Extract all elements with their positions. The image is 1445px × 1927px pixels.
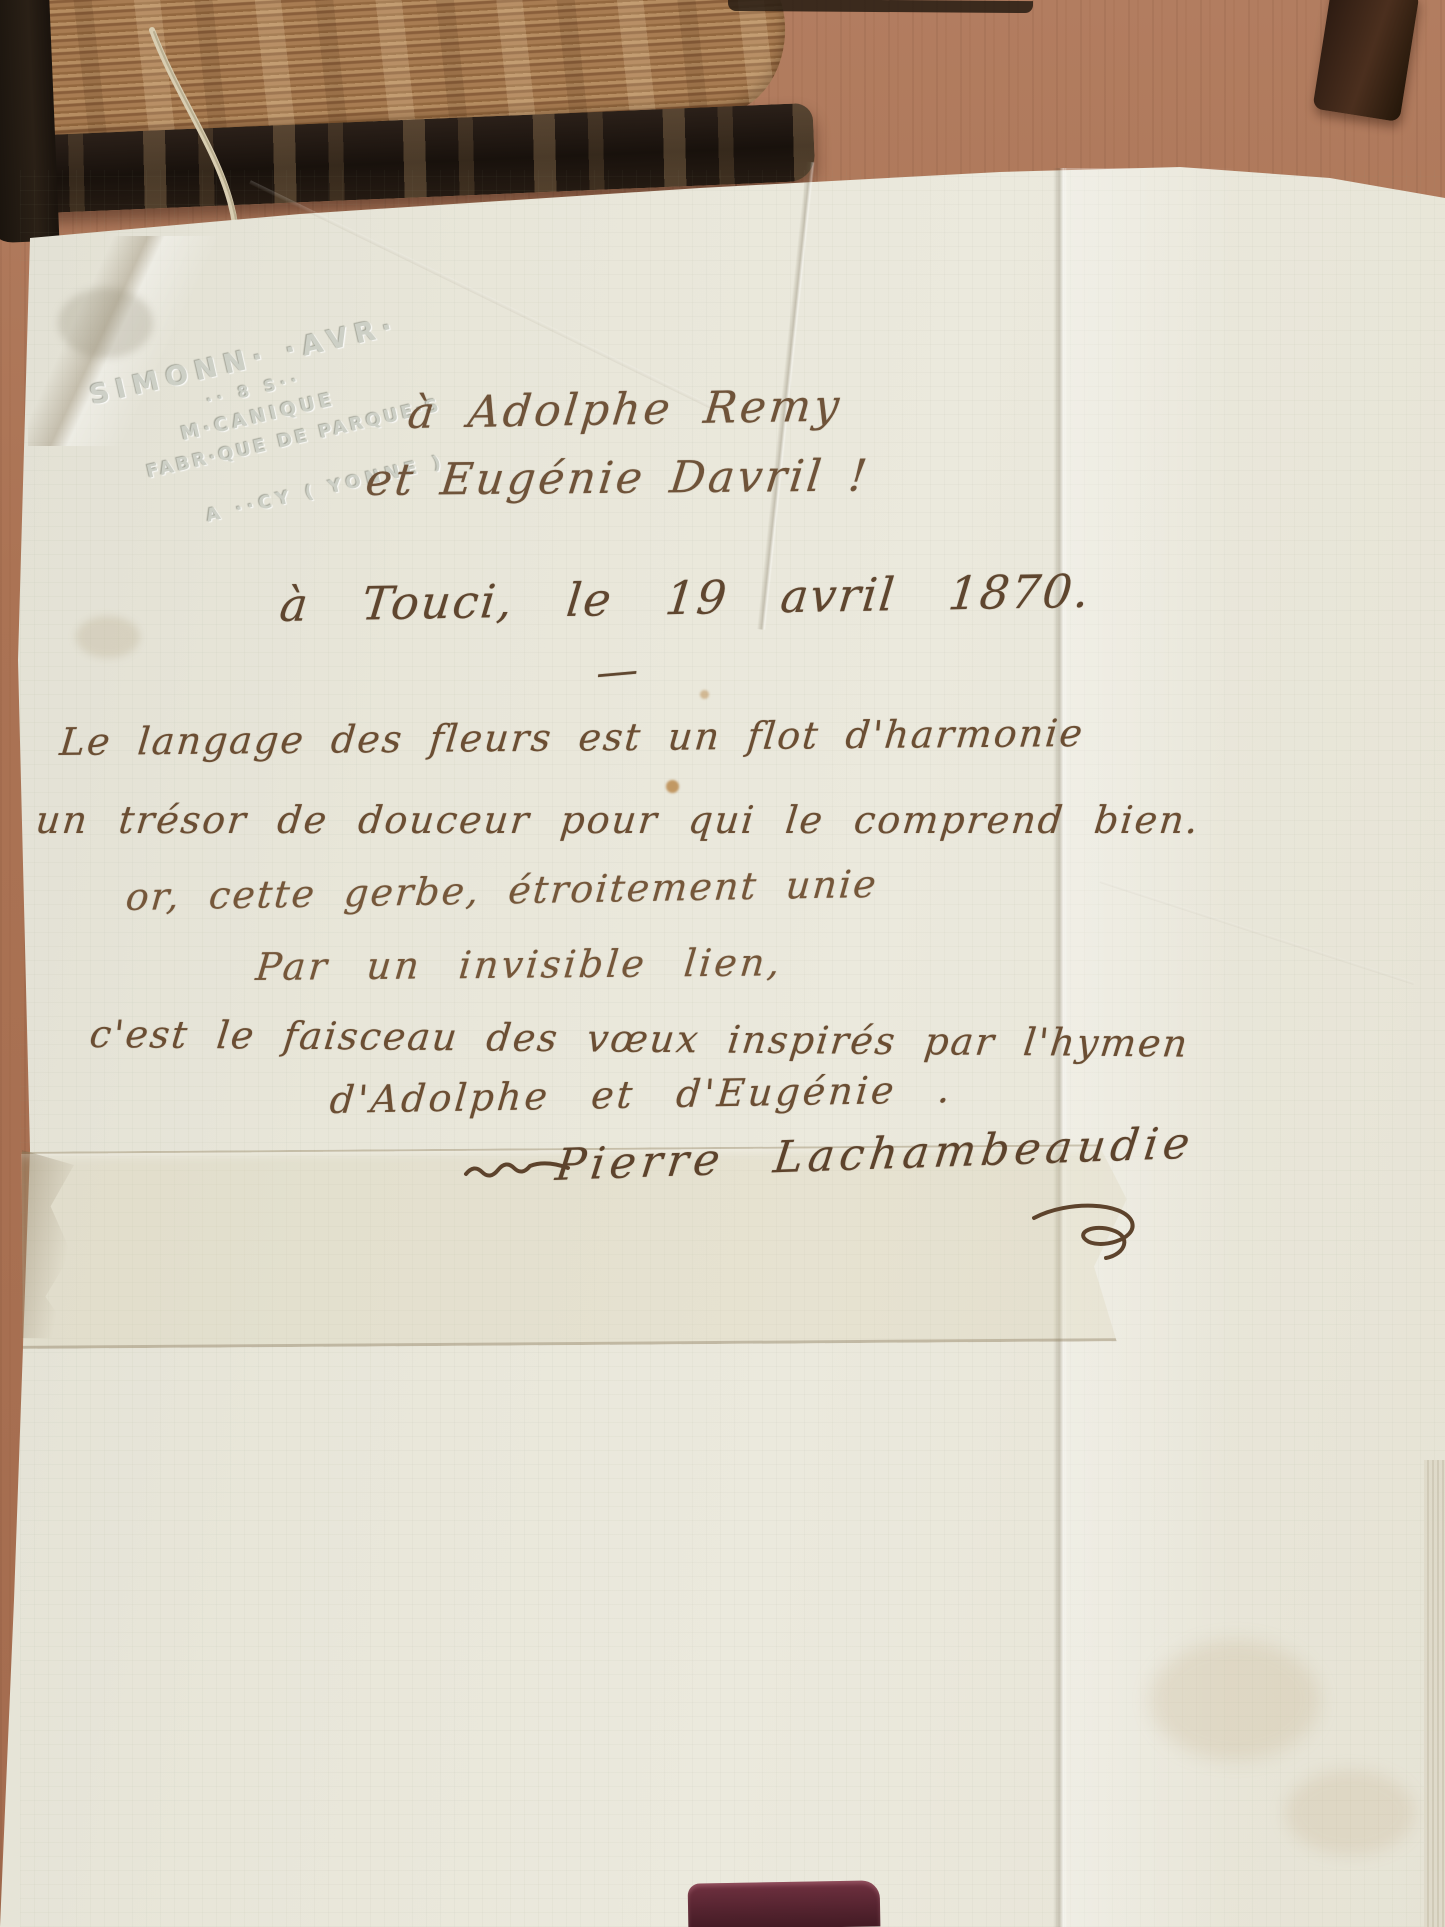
dedication-line-1: à Adolphe Remy bbox=[405, 380, 844, 439]
page-stack-edge bbox=[1424, 1460, 1445, 1927]
poem-line-4: Par un invisible lien, bbox=[254, 940, 785, 989]
paper-stain bbox=[666, 780, 679, 793]
dedication-line-2: et Eugénie Davril ! bbox=[363, 451, 872, 506]
signature-swirl-icon bbox=[1028, 1196, 1158, 1276]
maroon-book-cover-corner bbox=[688, 1880, 881, 1927]
poem-line-2: un trésor de douceur pour qui le compren… bbox=[34, 798, 1202, 842]
poem-line-1: Le langage des fleurs est un flot d'harm… bbox=[58, 711, 1086, 764]
paper-stain bbox=[1285, 1770, 1415, 1855]
photo-of-handwritten-letter: SIMONN· ·AVR· ·· 8 S·· M·CANIQUE FABR·QU… bbox=[0, 0, 1445, 1927]
paper-stain bbox=[700, 690, 709, 699]
separator-dash: — bbox=[594, 644, 640, 696]
paper-stain bbox=[1150, 1640, 1320, 1760]
paper-stain bbox=[76, 616, 140, 658]
paper-stain bbox=[58, 288, 153, 358]
